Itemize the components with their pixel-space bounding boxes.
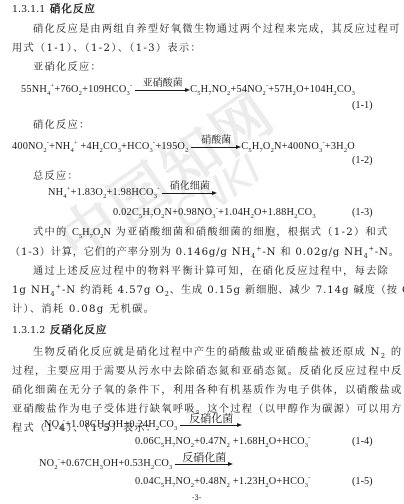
equation-1-3-right: 0.02C5H7O2N+0.98NO3-+1.04H2O+1.88H2CO3 <box>113 207 316 219</box>
arrow-head-icon <box>237 423 242 427</box>
equation-number: (1-3) <box>352 207 373 218</box>
reaction-arrow: 反硝化菌 <box>175 459 233 469</box>
arrow-head-icon <box>212 191 217 195</box>
arrow-head-icon <box>185 88 190 92</box>
arrow-label: 硝酸菌 <box>191 135 241 147</box>
heading-title: 硝化反应 <box>50 3 96 15</box>
equation-1-1: 55NH4++76O2+109HCO3- 亚硝酸菌 C5H7NO2+54NO2-… <box>21 84 355 96</box>
para2-line-2: 1g NH4+-N 约消耗 4.57g O2、生成 0.15g 新细胞、减少 7… <box>12 285 404 297</box>
arrow-head-icon <box>236 145 241 149</box>
heading-number: 1.3.1.1 <box>12 4 45 15</box>
heading-number: 1.3.1.2 <box>12 325 45 336</box>
section2-para-line-2: 过程，主要应用于需要从污水中去除硝态氮和亚硝态氮。反硝化反应过程中反 <box>12 366 403 378</box>
equation-1-5-products: 0.04C5H7NO2+0.48N2 +1.23H2O+HCO3- <box>135 476 311 488</box>
para2-line-3: 计）、消耗 0.08g 无机碳。 <box>12 304 155 316</box>
equation-1-4-products: 0.06C5H7NO2+0.47N2 +1.68H2O+HCO3- <box>135 436 311 448</box>
arrow-head-icon <box>228 462 233 466</box>
intro-line-1: 硝化反应是由两组自养型好氧微生物通过两个过程来完成，其反应过程可 <box>33 24 401 36</box>
section2-para-line-1: 生物反硝化反应就是硝化过程中产生的硝酸盐或亚硝酸盐被还原成 N2 的 <box>33 347 402 359</box>
equation-1-3-left: NH4++1.83O2+1.98HCO3- 硝化细菌 <box>48 187 217 199</box>
para2-line-1: 通过上述反应过程中的物料平衡计算可知，在硝化反应过程中，每去除 <box>33 266 389 278</box>
equation-number: (1-1) <box>352 100 373 111</box>
para1-line-2: （1-3）计算，它们的产率分别为 0.146g/g NH4+-N 和 0.02g… <box>10 247 400 259</box>
section-heading-2: 1.3.1.2 反硝化反应 <box>12 324 107 337</box>
heading-title: 反硝化反应 <box>50 324 108 336</box>
para1-line-1: 式中的 C5H7O2N 为亚硝酸细菌和硝酸细菌的细胞，根据式（1-2）和式 <box>33 227 389 239</box>
label-nitrite-reaction: 亚硝化反应： <box>33 62 102 74</box>
reaction-arrow: 硝化细菌 <box>162 188 217 198</box>
equation-1-2: 400NO2-+NH4+ +4H2CO3+HCO3-+195O2 硝酸菌 C5H… <box>12 141 355 153</box>
arrow-label: 硝化细菌 <box>162 181 217 193</box>
equation-number: (1-2) <box>352 155 373 166</box>
equation-1-4-reactants: NO3-+1.08CH3OH+0.24H2CO3 反硝化菌 <box>44 419 242 431</box>
equation-number: (1-5) <box>352 476 373 487</box>
section-heading-1: 1.3.1.1 硝化反应 <box>12 3 96 16</box>
arrow-label: 反硝化菌 <box>180 413 242 425</box>
arrow-label: 亚硝酸菌 <box>135 78 190 90</box>
equation-1-5-reactants: NO2-+0.67CH3OH+0.53H2CO3 反硝化菌 <box>39 458 233 470</box>
equation-number: (1-4) <box>352 436 373 447</box>
reaction-arrow: 反硝化菌 <box>180 420 242 430</box>
intro-line-2: 用式（1-1）、（1-2）、（1-3）表示： <box>12 43 202 55</box>
arrow-label: 反硝化菌 <box>175 452 233 464</box>
label-total-reaction: 总反应： <box>33 171 79 183</box>
section2-para-line-3: 硝化细菌在无分子氧的条件下，利用各种有机基质作为电子供体，以硝酸盐或 <box>12 385 403 397</box>
label-nitrate-reaction: 硝化反应： <box>33 120 90 132</box>
reaction-arrow: 硝酸菌 <box>191 142 241 152</box>
reaction-arrow: 亚硝酸菌 <box>135 85 190 95</box>
page-number: -3- <box>192 494 201 502</box>
